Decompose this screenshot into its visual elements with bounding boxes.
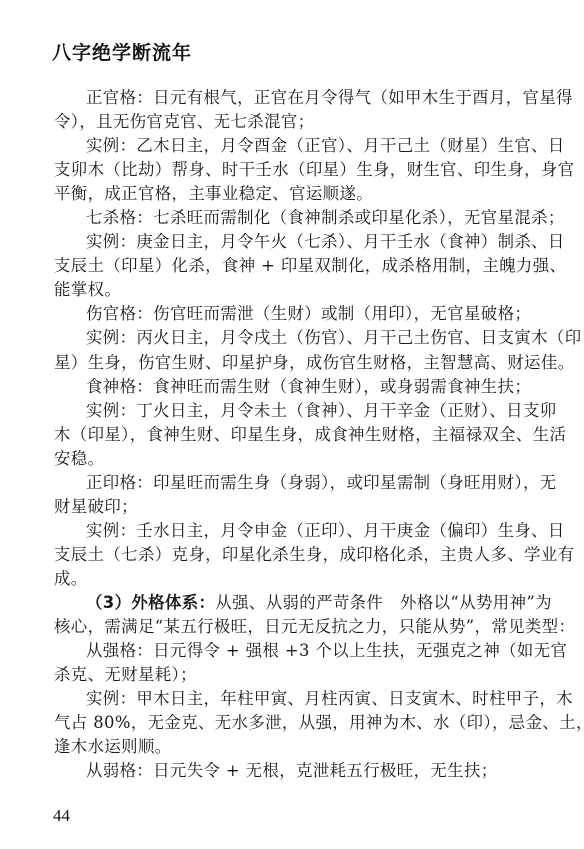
text-line: 从强格：日元得令 + 强根 +3 个以上生扶，无强克之神（如无官 bbox=[54, 639, 544, 663]
text-line: 气占 80%，无金克、无水多泄，从强，用神为木、水（印），忌金、土， bbox=[54, 711, 544, 735]
text-line: 正官格：日元有根气，正官在月令得气（如甲木生于酉月，官星得 bbox=[54, 86, 544, 110]
section-heading-line: （3）外格体系：从强、从弱的严苛条件 外格以“从势用神”为 bbox=[54, 591, 544, 615]
body-text: 正官格：日元有根气，正官在月令得气（如甲木生于酉月，官星得 令），且无伤官克官、… bbox=[54, 86, 544, 783]
text-line: 安稳。 bbox=[54, 447, 544, 471]
text-line: 能掌权。 bbox=[54, 278, 544, 302]
text-line: 财星破印； bbox=[54, 495, 544, 519]
text-line: 食神格：食神旺而需生财（食神生财），或身弱需食神生扶； bbox=[54, 375, 544, 399]
text-line: 正印格：印星旺而需生身（身弱），或印星需制（身旺用财），无 bbox=[54, 471, 544, 495]
text-line: 支卯木（比劫）帮身、时干壬水（印星）生身，财生官、印生身，身官 bbox=[54, 158, 544, 182]
text-line: 从强、从弱的严苛条件 外格以“从势用神”为 bbox=[215, 593, 552, 612]
text-line: 实例：甲木日主，年柱甲寅、月柱丙寅、日支寅木、时柱甲子，木 bbox=[54, 687, 544, 711]
text-line: 支辰土（印星）化杀，食神 + 印星双制化，成杀格用制，主魄力强、 bbox=[54, 254, 544, 278]
text-line: 平衡，成正官格，主事业稳定、官运顺遂。 bbox=[54, 182, 544, 206]
text-line: 木（印星），食神生财、印星生身，成食神生财格，主福禄双全、生活 bbox=[54, 423, 544, 447]
text-line: 令），且无伤官克官、无七杀混官； bbox=[54, 110, 544, 134]
text-line: 实例：壬水日主，月令申金（正印）、月干庚金（偏印）生身、日 bbox=[54, 519, 544, 543]
text-line: 实例：乙木日主，月令酉金（正官）、月干己土（财星）生官、日 bbox=[54, 134, 544, 158]
page-number: 44 bbox=[53, 806, 70, 826]
text-line: 实例：庚金日主，月令午火（七杀）、月干壬水（食神）制杀、日 bbox=[54, 230, 544, 254]
text-line: 杀克、无财星耗）； bbox=[54, 663, 544, 687]
text-line: 核心，需满足“某五行极旺，日元无反抗之力，只能从势”，常见类型： bbox=[54, 615, 544, 639]
text-line: 伤官格：伤官旺而需泄（生财）或制（用印），无官星破格； bbox=[54, 302, 544, 326]
text-line: 成。 bbox=[54, 567, 544, 591]
text-line: 逢木水运则顺。 bbox=[54, 735, 544, 759]
section-heading: （3）外格体系： bbox=[86, 593, 215, 612]
text-line: 实例：丙火日主，月令戌土（伤官）、月干己土伤官、日支寅木（印 bbox=[54, 326, 544, 350]
text-line: 从弱格：日元失令 + 无根，克泄耗五行极旺，无生扶； bbox=[54, 759, 544, 783]
book-title: 八字绝学断流年 bbox=[52, 38, 192, 65]
text-line: 七杀格：七杀旺而需制化（食神制杀或印星化杀），无官星混杀； bbox=[54, 206, 544, 230]
text-line: 星）生身，伤官生财、印星护身，成伤官生财格，主智慧高、财运佳。 bbox=[54, 351, 544, 375]
text-line: 实例：丁火日主，月令未土（食神）、月干辛金（正财）、日支卯 bbox=[54, 399, 544, 423]
text-line: 支辰土（七杀）克身，印星化杀生身，成印格化杀，主贵人多、学业有 bbox=[54, 543, 544, 567]
